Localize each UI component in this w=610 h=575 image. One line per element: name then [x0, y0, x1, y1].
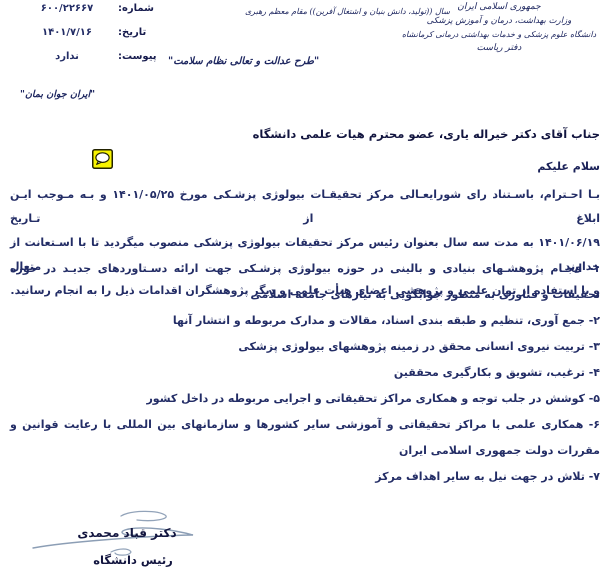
field-date-value: ۱۴۰۱/۷/۱۶: [16, 27, 118, 38]
list-item: ۱- انجـام پژوهشـهای بنیادی و بالینی در ح…: [10, 256, 600, 308]
field-attachment: پیوست: ندارد: [16, 51, 168, 75]
list-item: ۲- جمع آوری، تنظیم و طبقه بندی اسناد، مق…: [10, 308, 600, 334]
body-line: بـا احـترام، باسـتناد رای شورایعـالی مرک…: [10, 183, 600, 231]
field-date: تاریخ: ۱۴۰۱/۷/۱۶: [16, 27, 168, 51]
agency-line-ministry: وزارت بهداشت، درمان و آموزش پزشکی: [394, 16, 604, 26]
signer-title: رئیس دانشگاه: [88, 553, 178, 567]
list-item: ۵- کوشش در جلب توجه و همکاری مراکز تحقیق…: [10, 386, 600, 412]
field-number-label: شماره:: [118, 3, 168, 14]
field-attachment-label: پیوست:: [118, 51, 168, 62]
field-number: شماره: ۶۰۰/۲۲۶۶۷: [16, 3, 168, 27]
youth-slogan: "ایران جوان بمان": [20, 89, 95, 100]
salutation: سلام علیکم: [537, 160, 600, 173]
field-attachment-value: ندارد: [16, 51, 118, 62]
scanned-letter-page: جمهوری اسلامی ایران وزارت بهداشت، درمان …: [0, 0, 610, 575]
list-item: ۳- تربیت نیروی انسانی محقق در زمینه پژوه…: [10, 334, 600, 360]
list-item: ۴- ترغیب، تشویق و بکارگیری محققین: [10, 360, 600, 386]
duties-list: ۱- انجـام پژوهشـهای بنیادی و بالینی در ح…: [10, 256, 600, 490]
letter-meta-fields: شماره: ۶۰۰/۲۲۶۶۷ تاریخ: ۱۴۰۱/۷/۱۶ پیوست:…: [16, 3, 168, 75]
recipient-line: جناب آقای دکتر خیراله یاری، عضو محترم هی…: [10, 127, 600, 141]
field-date-label: تاریخ:: [118, 27, 168, 38]
year-slogan: سال ((تولید، دانش بنیان و اشتغال آفرین))…: [245, 7, 480, 16]
list-item: ۶- همکاری علمی با مراکز تحقیقاتی و آموزش…: [10, 412, 600, 464]
health-plan-quote: "طرح عدالت و تعالی نظام سلامت": [168, 56, 319, 67]
agency-line-university: دانشگاه علوم پزشکی و خدمات بهداشتی درمان…: [394, 30, 604, 39]
comment-annotation-icon[interactable]: [92, 149, 113, 169]
signer-name: دکتر قباد محمدی: [62, 526, 192, 540]
agency-line-office: دفتر ریاست: [394, 43, 604, 53]
field-number-value: ۶۰۰/۲۲۶۶۷: [16, 3, 118, 14]
list-item: ۷- تلاش در جهت نیل به سایر اهداف مرکز: [10, 464, 600, 490]
